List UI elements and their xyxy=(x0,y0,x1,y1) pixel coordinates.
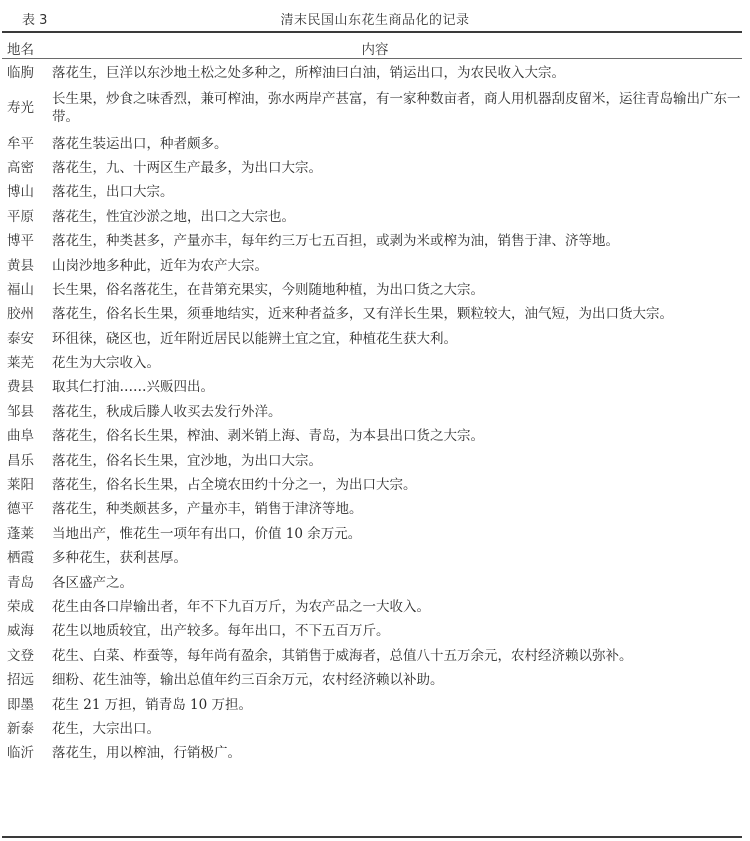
table-row: 临朐落花生，巨洋以东沙地土松之处多种之，所榨油曰白油，销运出口，为农民收入大宗。 xyxy=(0,61,750,85)
place-cell: 栖霞 xyxy=(0,549,42,567)
content-cell: 细粉、花生油等，输出总值年约三百余万元，农村经济赖以补助。 xyxy=(42,671,750,689)
place-cell: 荣成 xyxy=(0,598,42,616)
content-cell: 花生，大宗出口。 xyxy=(42,720,750,738)
table-row: 临沂落花生，用以榨油，行销极广。 xyxy=(0,741,750,765)
place-cell: 平原 xyxy=(0,208,42,226)
table-row: 平原落花生，性宜沙淤之地，出口之大宗也。 xyxy=(0,205,750,229)
content-cell: 落花生，用以榨油，行销极广。 xyxy=(42,744,750,762)
table-row: 曲阜落花生，俗名长生果，榨油、剥米销上海、青岛，为本县出口货之大宗。 xyxy=(0,424,750,448)
content-cell: 落花生装运出口，种者颇多。 xyxy=(42,135,750,153)
place-cell: 高密 xyxy=(0,159,42,177)
place-cell: 临朐 xyxy=(0,64,42,82)
content-cell: 当地出产，惟花生一项年有出口，价值 10 余万元。 xyxy=(42,525,750,543)
table-bottom-rule xyxy=(2,836,742,838)
place-cell: 新泰 xyxy=(0,720,42,738)
place-cell: 威海 xyxy=(0,622,42,640)
table-row: 招远细粉、花生油等，输出总值年约三百余万元，农村经济赖以补助。 xyxy=(0,668,750,692)
place-cell: 曲阜 xyxy=(0,427,42,445)
place-cell: 黄县 xyxy=(0,257,42,275)
place-cell: 泰安 xyxy=(0,330,42,348)
table-caption: 表 3 清末民国山东花生商品化的记录 xyxy=(0,6,750,28)
place-cell: 文登 xyxy=(0,647,42,665)
content-cell: 落花生，性宜沙淤之地，出口之大宗也。 xyxy=(42,208,750,226)
content-cell: 落花生，种类颇甚多，产量亦丰，销售于津济等地。 xyxy=(42,500,750,518)
table-row: 德平落花生，种类颇甚多，产量亦丰，销售于津济等地。 xyxy=(0,497,750,521)
content-cell: 环徂徕，硗区也，近年附近居民以能辨土宜之宜，种植花生获大利。 xyxy=(42,330,750,348)
content-cell: 取其仁打油……兴贩四出。 xyxy=(42,378,750,396)
place-cell: 博山 xyxy=(0,183,42,201)
table-row: 邹县落花生，秋成后滕人收买去发行外洋。 xyxy=(0,400,750,424)
table-row: 莱阳落花生，俗名长生果，占全境农田约十分之一，为出口大宗。 xyxy=(0,473,750,497)
content-cell: 长生果，俗名落花生，在昔第充果实，今则随地种植，为出口货之大宗。 xyxy=(42,281,750,299)
content-cell: 长生果，炒食之味香烈，兼可榨油，弥水两岸产甚富，有一家种数亩者，商人用机器刮皮留… xyxy=(42,90,750,126)
content-cell: 落花生，出口大宗。 xyxy=(42,183,750,201)
table-row: 威海花生以地质较宜，出产较多。每年出口，不下五百万斤。 xyxy=(0,619,750,643)
table-row: 即墨花生 21 万担，销青岛 10 万担。 xyxy=(0,692,750,716)
table-row: 泰安环徂徕，硗区也，近年附近居民以能辨土宜之宜，种植花生获大利。 xyxy=(0,327,750,351)
place-cell: 德平 xyxy=(0,500,42,518)
table-row: 博山落花生，出口大宗。 xyxy=(0,180,750,204)
content-cell: 花生 21 万担，销青岛 10 万担。 xyxy=(42,696,750,714)
content-cell: 落花生，俗名长生果，榨油、剥米销上海、青岛，为本县出口货之大宗。 xyxy=(42,427,750,445)
table-row: 昌乐落花生，俗名长生果，宜沙地，为出口大宗。 xyxy=(0,448,750,472)
table-row: 蓬莱当地出产，惟花生一项年有出口，价值 10 余万元。 xyxy=(0,522,750,546)
place-cell: 博平 xyxy=(0,232,42,250)
content-cell: 落花生，九、十两区生产最多，为出口大宗。 xyxy=(42,159,750,177)
content-cell: 花生、白菜、柞蚕等，每年尚有盈余，其销售于威海者，总值八十五万余元，农村经济赖以… xyxy=(42,647,750,665)
content-cell: 落花生，俗名长生果，宜沙地，为出口大宗。 xyxy=(42,452,750,470)
place-cell: 蓬莱 xyxy=(0,525,42,543)
content-cell: 落花生，巨洋以东沙地土松之处多种之，所榨油曰白油，销运出口，为农民收入大宗。 xyxy=(42,64,750,82)
table-row: 新泰花生，大宗出口。 xyxy=(0,717,750,741)
table-row: 牟平落花生装运出口，种者颇多。 xyxy=(0,131,750,155)
table-row: 高密落花生，九、十两区生产最多，为出口大宗。 xyxy=(0,156,750,180)
place-cell: 费县 xyxy=(0,378,42,396)
place-cell: 青岛 xyxy=(0,574,42,592)
table-header-rule xyxy=(2,58,742,59)
header-content: 内容 xyxy=(0,38,750,58)
content-cell: 山岗沙地多种此，近年为农产大宗。 xyxy=(42,257,750,275)
content-cell: 花生为大宗收入。 xyxy=(42,354,750,372)
content-cell: 花生以地质较宜，出产较多。每年出口，不下五百万斤。 xyxy=(42,622,750,640)
place-cell: 福山 xyxy=(0,281,42,299)
place-cell: 胶州 xyxy=(0,305,42,323)
content-cell: 花生由各口岸输出者，年不下九百万斤，为农产品之一大收入。 xyxy=(42,598,750,616)
content-cell: 落花生，种类甚多，产量亦丰，每年约三万七五百担，或剥为米或榨为油，销售于津、济等… xyxy=(42,232,750,250)
place-cell: 牟平 xyxy=(0,135,42,153)
place-cell: 邹县 xyxy=(0,403,42,421)
table-row: 栖霞多种花生，获利甚厚。 xyxy=(0,546,750,570)
table-row: 寿光长生果，炒食之味香烈，兼可榨油，弥水两岸产甚富，有一家种数亩者，商人用机器刮… xyxy=(0,85,750,131)
table-header: 地名 内容 xyxy=(0,33,750,59)
place-cell: 莱阳 xyxy=(0,476,42,494)
content-cell: 落花生，俗名长生果，占全境农田约十分之一，为出口大宗。 xyxy=(42,476,750,494)
table-row: 青岛各区盛产之。 xyxy=(0,570,750,594)
content-cell: 各区盛产之。 xyxy=(42,574,750,592)
place-cell: 招远 xyxy=(0,671,42,689)
table-row: 胶州落花生，俗名长生果，须垂地结实，近来种者益多，又有洋长生果，颗粒较大，油气短… xyxy=(0,302,750,326)
content-cell: 落花生，秋成后滕人收买去发行外洋。 xyxy=(42,403,750,421)
table-body: 临朐落花生，巨洋以东沙地土松之处多种之，所榨油曰白油，销运出口，为农民收入大宗。… xyxy=(0,61,750,766)
table-row: 文登花生、白菜、柞蚕等，每年尚有盈余，其销售于威海者，总值八十五万余元，农村经济… xyxy=(0,644,750,668)
table-row: 福山长生果，俗名落花生，在昔第充果实，今则随地种植，为出口货之大宗。 xyxy=(0,278,750,302)
place-cell: 寿光 xyxy=(0,99,42,117)
table-title: 清末民国山东花生商品化的记录 xyxy=(0,9,750,28)
place-cell: 即墨 xyxy=(0,696,42,714)
place-cell: 临沂 xyxy=(0,744,42,762)
table-row: 博平落花生，种类甚多，产量亦丰，每年约三万七五百担，或剥为米或榨为油，销售于津、… xyxy=(0,229,750,253)
place-cell: 昌乐 xyxy=(0,452,42,470)
content-cell: 多种花生，获利甚厚。 xyxy=(42,549,750,567)
table-row: 黄县山岗沙地多种此，近年为农产大宗。 xyxy=(0,253,750,277)
content-cell: 落花生，俗名长生果，须垂地结实，近来种者益多，又有洋长生果，颗粒较大，油气短，为… xyxy=(42,305,750,323)
table-row: 荣成花生由各口岸输出者，年不下九百万斤，为农产品之一大收入。 xyxy=(0,595,750,619)
place-cell: 莱芜 xyxy=(0,354,42,372)
table-row: 费县取其仁打油……兴贩四出。 xyxy=(0,375,750,399)
table-row: 莱芜花生为大宗收入。 xyxy=(0,351,750,375)
